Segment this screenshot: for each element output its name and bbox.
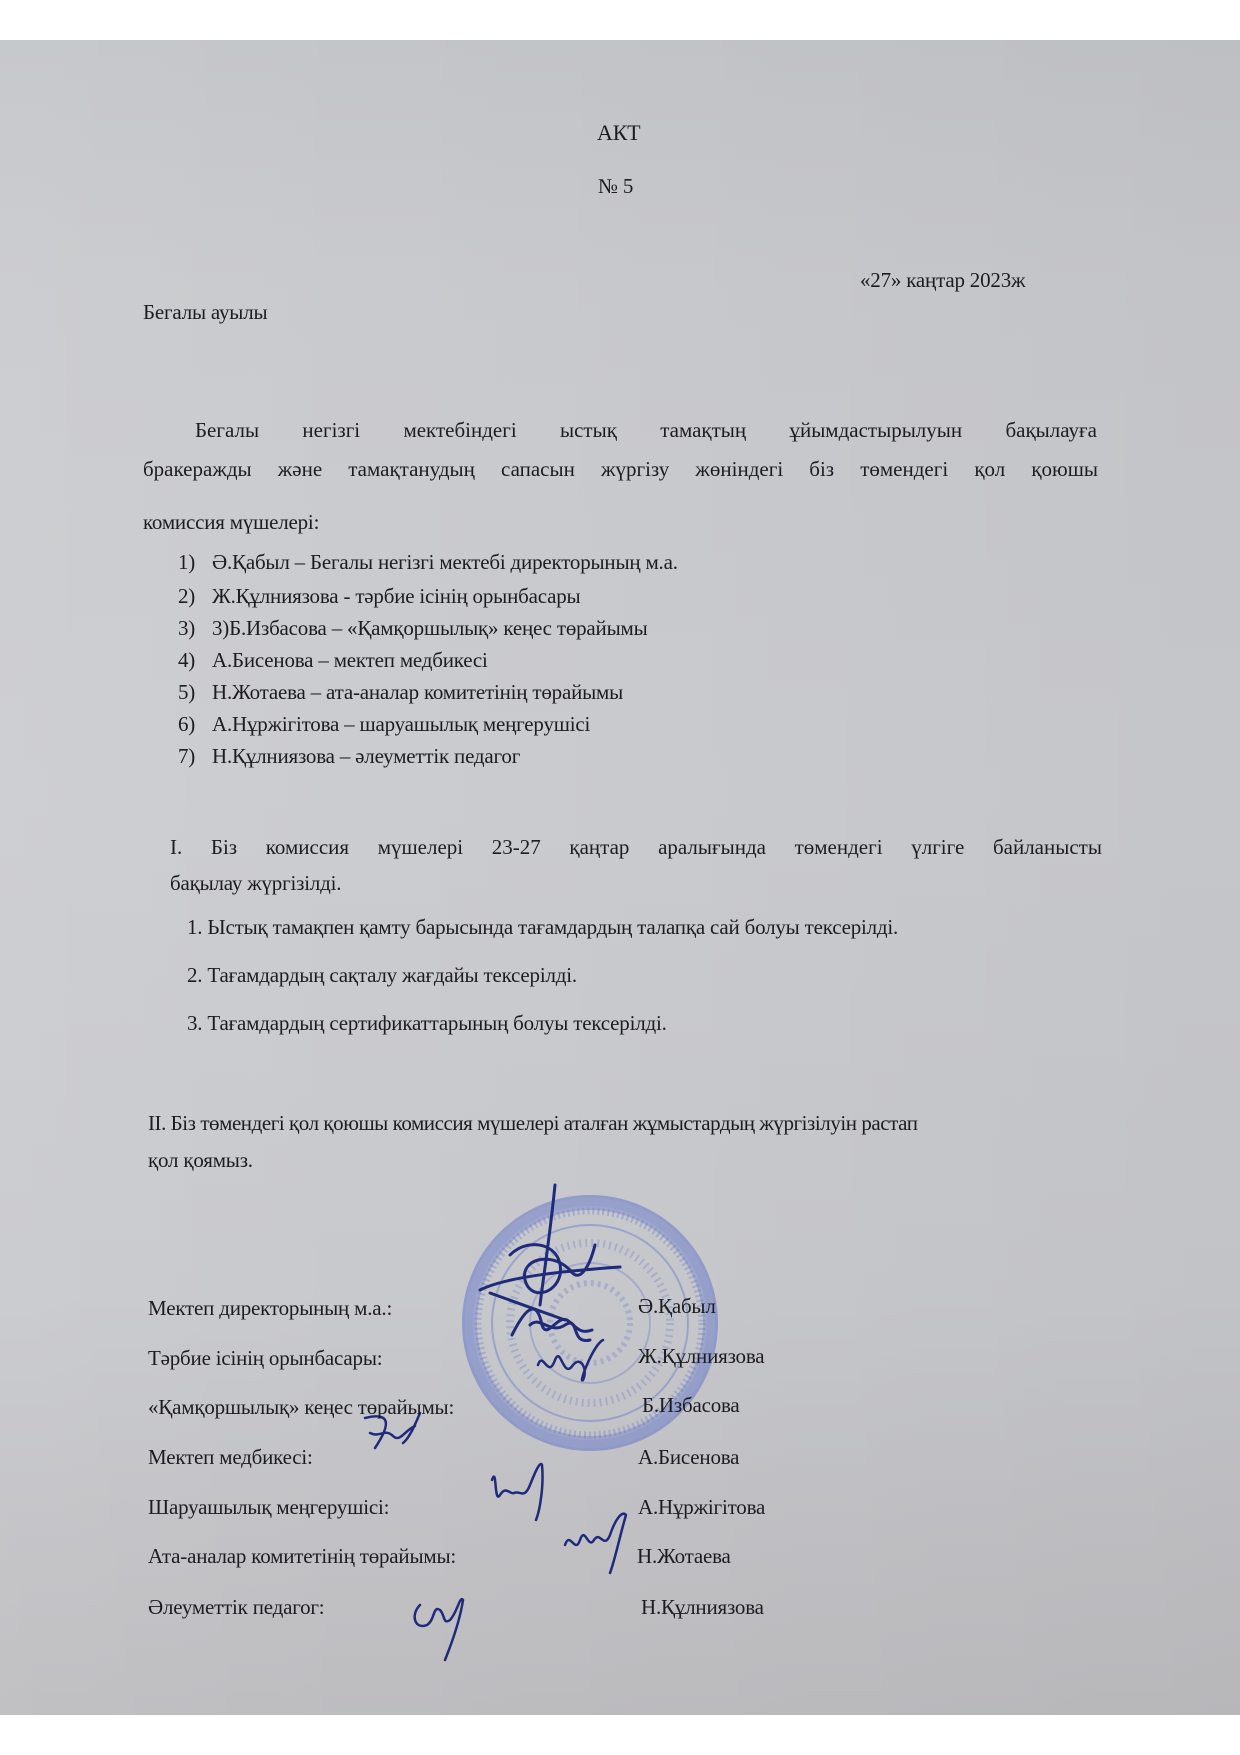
- word: I.: [170, 835, 182, 860]
- word: бракеражды: [143, 457, 252, 482]
- word: қол: [974, 457, 1005, 482]
- document-number: № 5: [598, 176, 633, 197]
- signature-name: Ж.Құлниязова: [638, 1346, 764, 1367]
- signature-name: Н.Құлниязова: [641, 1597, 764, 1618]
- member-item: Ә.Қабыл – Бегалы негізгі мектебі директо…: [212, 552, 678, 573]
- household-manager-signature-icon: [482, 1455, 552, 1525]
- word: комиссия: [266, 835, 349, 860]
- word: қоюшы: [1031, 457, 1098, 482]
- word: тамақтанудың: [348, 457, 475, 482]
- member-item: Ж.Құлниязова - тәрбие ісінің орынбасары: [212, 586, 580, 607]
- intro-line-3: комиссия мүшелері:: [143, 512, 319, 533]
- word: жүргізу: [601, 457, 669, 482]
- word: мүшелері: [378, 835, 463, 860]
- council-chair-signature-icon: [533, 1335, 613, 1395]
- section-1-line-2: бақылау жүргізілді.: [170, 873, 341, 894]
- word: біз: [809, 457, 834, 482]
- word: тамақтың: [660, 418, 746, 443]
- member-item: Н.Жотаева – ата-аналар комитетінің төрай…: [212, 682, 623, 703]
- word: төмендегі: [860, 457, 948, 482]
- signature-name: А.Бисенова: [638, 1447, 739, 1468]
- intro-line-1: Бегалы негізгі мектебіндегі ыстық тамақт…: [195, 418, 1097, 443]
- word: аралығында: [658, 835, 766, 860]
- document-date: «27» каңтар 2023ж: [860, 270, 1025, 291]
- word: байланысты: [993, 835, 1102, 860]
- member-number: 4): [178, 650, 195, 671]
- word: ыстық: [560, 418, 617, 443]
- word: жөніндегі: [695, 457, 783, 482]
- word: Біз: [211, 835, 237, 860]
- signature-name: Ә.Қабыл: [638, 1296, 716, 1317]
- signature-name: Н.Жотаева: [637, 1546, 731, 1567]
- intro-line-2: бракеражды және тамақтанудың сапасын жүр…: [143, 457, 1098, 482]
- word: ұйымдастырылуын: [789, 418, 962, 443]
- member-item: 3)Б.Избасова – «Қамқоршылық» кеңес төрай…: [212, 618, 648, 639]
- member-number: 5): [178, 682, 195, 703]
- word: және: [278, 457, 322, 482]
- word: негізгі: [302, 418, 360, 443]
- signature-role: Мектеп медбикесі:: [148, 1447, 313, 1468]
- signature-role: «Қамқоршылық» кеңес төрайымы:: [148, 1397, 454, 1418]
- member-item: Н.Құлниязова – әлеуметтік педагог: [212, 746, 520, 767]
- parents-committee-signature-icon: [560, 1505, 635, 1575]
- word: сапасын: [501, 457, 575, 482]
- document-place: Бегалы ауылы: [143, 302, 267, 323]
- word: мектебіндегі: [403, 418, 516, 443]
- word: үлгіге: [911, 835, 964, 860]
- signature-name: Б.Избасова: [642, 1395, 740, 1416]
- member-number: 1): [178, 552, 195, 573]
- document-title: АКТ: [597, 122, 640, 144]
- section-1-line-1: I. Біз комиссия мүшелері 23-27 қаңтар ар…: [170, 835, 1102, 860]
- section-2-line-2: қол қоямыз.: [148, 1150, 253, 1171]
- word: төмендегі: [795, 835, 883, 860]
- section-2-line-1: II. Біз төмендегі қол қоюшы комиссия мүш…: [148, 1113, 918, 1134]
- word: бақылауға: [1005, 418, 1097, 443]
- check-item: 2. Тағамдардың сақталу жағдайы тексерілд…: [187, 965, 577, 986]
- member-item: А.Нұржігітова – шаруашылық меңгерушісі: [212, 714, 590, 735]
- word: 23-27: [492, 835, 541, 860]
- member-number: 2): [178, 586, 195, 607]
- member-number: 6): [178, 714, 195, 735]
- word: Бегалы: [195, 418, 259, 443]
- check-item: 1. Ыстық тамақпен қамту барысында тағамд…: [187, 917, 898, 938]
- signature-name: А.Нұржігітова: [638, 1497, 765, 1518]
- signature-role: Тәрбие ісінің орынбасары:: [148, 1348, 382, 1369]
- member-item: А.Бисенова – мектеп медбикесі: [212, 650, 488, 671]
- signature-role: Шаруашылық меңгерушісі:: [148, 1497, 389, 1518]
- word: қаңтар: [569, 835, 629, 860]
- signature-role: Ата-аналар комитетінің төрайымы:: [148, 1546, 456, 1567]
- member-number: 3): [178, 618, 195, 639]
- signature-role: Мектеп директорының м.а.:: [148, 1298, 392, 1319]
- social-pedagogue-signature-icon: [405, 1585, 475, 1665]
- member-number: 7): [178, 746, 195, 767]
- signature-role: Әлеуметтік педагог:: [148, 1597, 324, 1618]
- check-item: 3. Тағамдардың сертификаттарының болуы т…: [187, 1013, 667, 1034]
